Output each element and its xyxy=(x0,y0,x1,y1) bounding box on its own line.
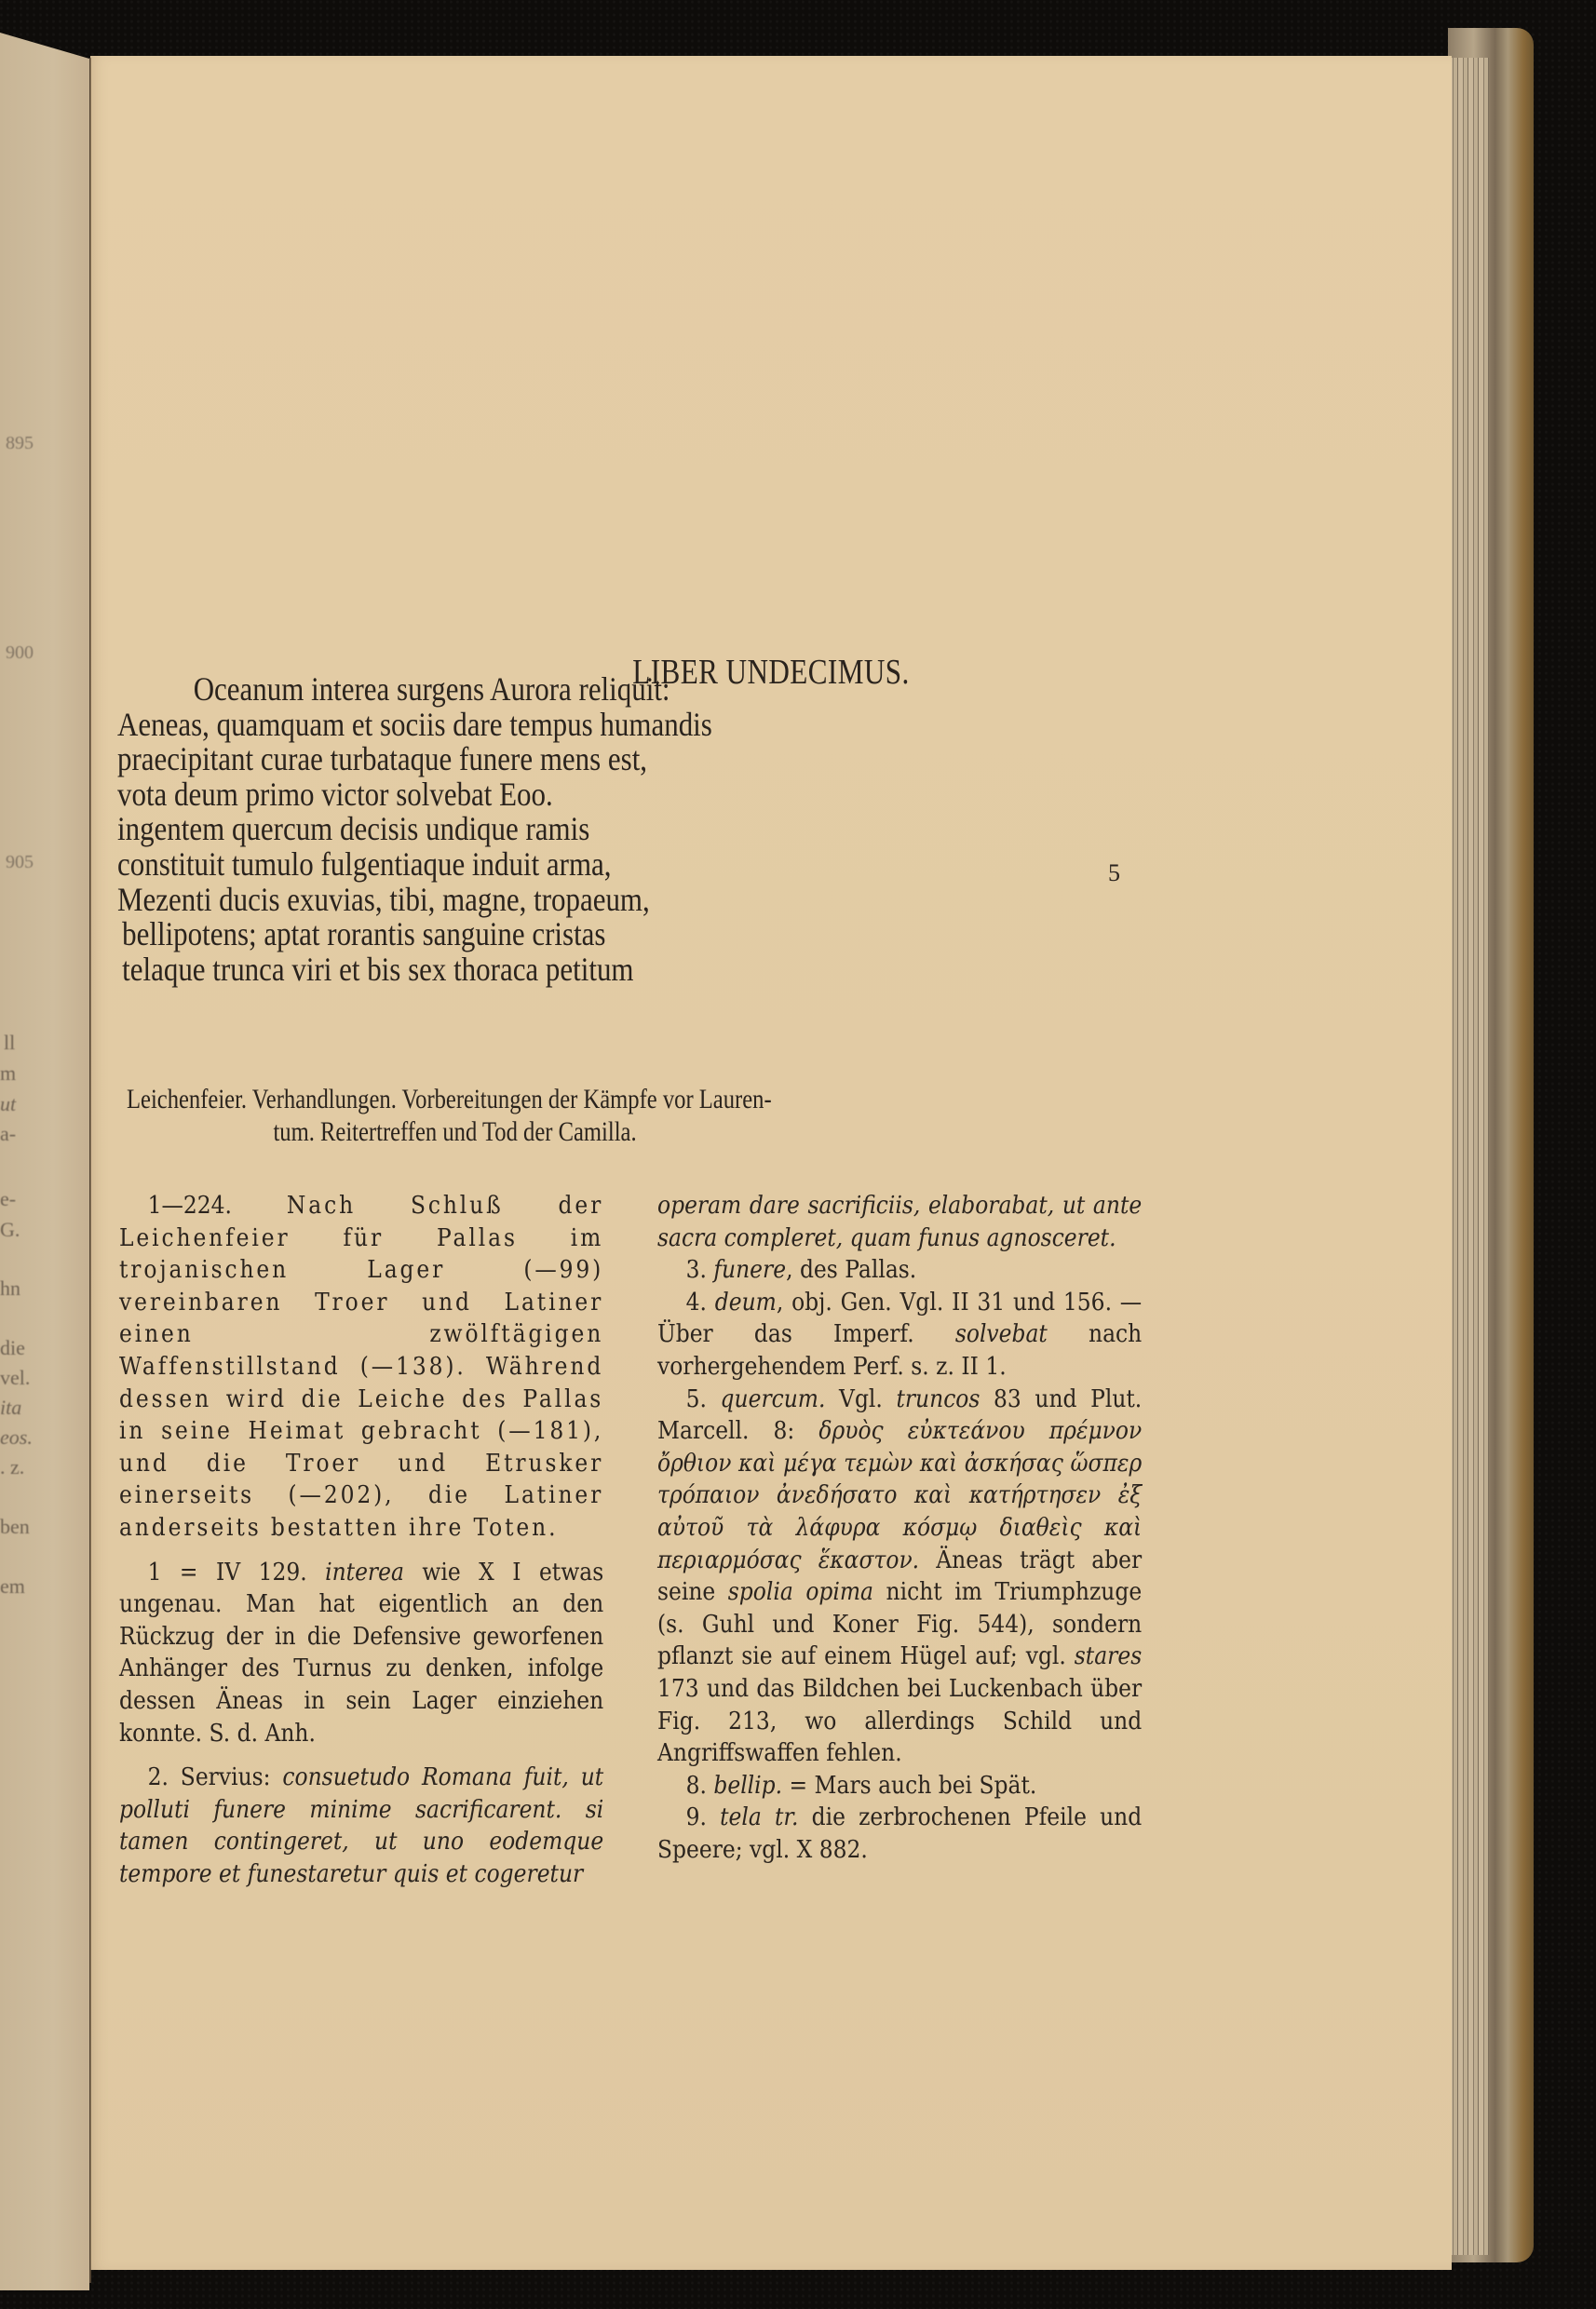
commentary-note-4: 4. deum, obj. Gen. Vgl. II 31 und 156. —… xyxy=(657,1287,1142,1384)
page-stack-edge xyxy=(1448,58,1489,2255)
note-ref: 1 = IV 129. xyxy=(148,1559,307,1587)
verse-line: vota deum primo victor solvebat Eoo. xyxy=(117,777,1078,813)
prev-fragment: ll xyxy=(4,1031,15,1055)
verse-line: telaque trunca viri et bis sex thoraca p… xyxy=(117,952,1078,988)
book-summary: Leichenfeier. Verhandlungen. Vorbereitun… xyxy=(127,1083,1188,1148)
prev-fragment: a- xyxy=(0,1122,16,1146)
prev-fragment: e- xyxy=(0,1187,16,1211)
prev-fragment: m xyxy=(0,1061,16,1086)
commentary-note-9: 9. tela tr. die zerbrochenen Pfeile und … xyxy=(657,1802,1142,1866)
gutter-line xyxy=(89,58,91,2283)
note-ref: 3. xyxy=(686,1256,707,1284)
note-text: , des Pallas. xyxy=(786,1256,916,1284)
note-lemma: deum xyxy=(715,1289,777,1317)
commentary-note-5: 5. quercum. Vgl. truncos 83 und Plut. Ma… xyxy=(657,1384,1142,1770)
prev-line-number: 900 xyxy=(6,642,34,664)
note-ref: 4. xyxy=(686,1289,707,1317)
note-text: 173 und das Bildchen bei Luckenbach über… xyxy=(657,1675,1142,1767)
prev-fragment: die xyxy=(0,1336,25,1360)
note-ref: 2. Servius: xyxy=(148,1763,271,1791)
commentary-note-2-cont: operam dare sacrificiis, elaborabat, ut … xyxy=(657,1190,1142,1254)
commentary-note-1: 1 = IV 129. interea wie X I etwas ungena… xyxy=(119,1557,603,1750)
commentary-left-column: 1—224. Nach Schluß der Leichenfeier für … xyxy=(119,1190,603,1890)
verse-line: bellipotens; aptat rorantis sanguine cri… xyxy=(117,917,1078,952)
note-ref: 5. xyxy=(686,1385,707,1413)
note-lemma: tela tr. xyxy=(720,1803,798,1831)
prev-fragment: eos. xyxy=(0,1425,33,1450)
verse-line: ingentem quercum decisis undique ramis xyxy=(117,812,1078,847)
verse-line-number: 5 xyxy=(1108,859,1120,887)
prev-line-number: 895 xyxy=(6,433,34,454)
note-lemma: solvebat xyxy=(955,1320,1048,1348)
note-lemma: spolia opima xyxy=(728,1578,873,1606)
prev-fragment: G. xyxy=(0,1218,20,1242)
commentary-right-column: operam dare sacrificiis, elaborabat, ut … xyxy=(657,1190,1142,1866)
note-quote: operam dare sacrificiis, elaborabat, ut … xyxy=(657,1192,1142,1252)
note-lemma: truncos xyxy=(896,1385,980,1413)
commentary-intro: 1—224. Nach Schluß der Leichenfeier für … xyxy=(119,1190,603,1545)
note-ref: 8. xyxy=(686,1772,707,1800)
note-text: = Mars auch bei Spät. xyxy=(790,1772,1037,1800)
prev-fragment: ut xyxy=(0,1092,16,1116)
verse-line: constituit tumulo fulgentiaque induit ar… xyxy=(117,847,1078,883)
commentary-note-8: 8. bellip. = Mars auch bei Spät. xyxy=(657,1770,1142,1803)
prev-line-number: 905 xyxy=(6,852,34,873)
note-lemma: quercum. xyxy=(721,1385,826,1413)
note-lemma: interea xyxy=(325,1559,404,1587)
previous-page-sliver: 895 900 905 ll m ut a- e- G. hn die vel.… xyxy=(0,33,89,2290)
note-lemma: stares xyxy=(1075,1642,1142,1670)
commentary-note-3: 3. funere, des Pallas. xyxy=(657,1254,1142,1287)
prev-fragment: ben xyxy=(0,1515,30,1539)
summary-line: Leichenfeier. Verhandlungen. Vorbereitun… xyxy=(127,1083,997,1115)
note-ref: 1—224. xyxy=(148,1192,232,1220)
verse-line: Oceanum interea surgens Aurora reliquit: xyxy=(117,672,1078,708)
commentary-note-2: 2. Servius: consuetudo Romana fuit, ut p… xyxy=(119,1762,603,1890)
note-lemma: funere xyxy=(713,1256,786,1284)
note-text: Nach Schluß der Leichenfeier für Pallas … xyxy=(119,1192,603,1542)
note-ref: 9. xyxy=(686,1803,707,1831)
note-lemma: bellip. xyxy=(713,1772,782,1800)
verse-line: praecipitant curae turbataque funere men… xyxy=(117,742,1078,777)
prev-fragment: . z. xyxy=(0,1455,24,1479)
prev-fragment: vel. xyxy=(0,1366,30,1390)
book-page: LIBER UNDECIMUS. xyxy=(90,56,1452,2270)
verse-line: Mezenti ducis exuvias, tibi, magne, trop… xyxy=(117,883,1078,918)
prev-fragment: hn xyxy=(0,1276,20,1301)
verse-line: Aeneas, quamquam et sociis dare tempus h… xyxy=(117,708,1078,743)
summary-line: tum. Reitertreffen und Tod der Camilla. xyxy=(127,1115,997,1148)
prev-fragment: ita xyxy=(0,1396,21,1420)
note-text: Vgl. xyxy=(839,1385,883,1413)
prev-fragment: em xyxy=(0,1574,25,1599)
verse-block: Oceanum interea surgens Aurora reliquit:… xyxy=(117,672,1235,987)
